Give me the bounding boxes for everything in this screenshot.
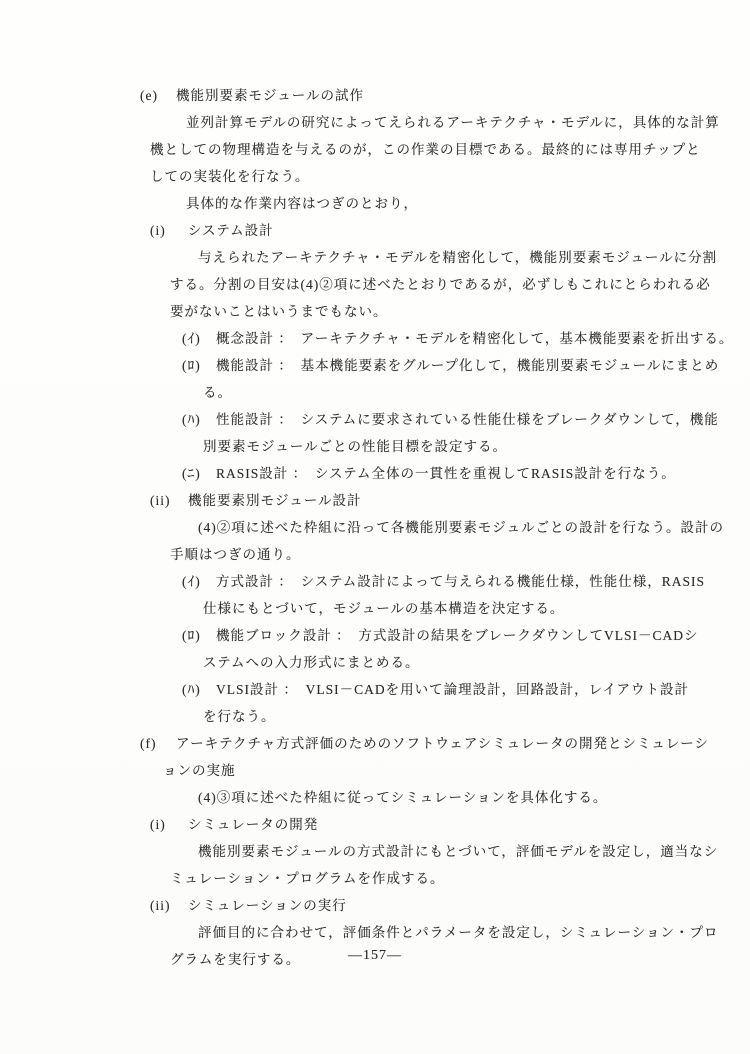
page-content: (e)機能別要素モジュールの試作並列計算モデルの研究によってえられるアーキテクチ… (0, 86, 750, 977)
line-text: 機としての物理構造を与えるのが，この作業の目標である。最終的には専用チップと (150, 142, 701, 157)
line-text: る。 (203, 385, 232, 400)
line-text: 要がないことはいうまでもない。 (170, 304, 388, 319)
text-line: ョンの実施 (0, 761, 750, 781)
line-text: 与えられたアーキテクチャ・モデルを精密化して，機能別要素モジュールに分割 (198, 250, 717, 265)
text-line: 要がないことはいうまでもない。 (0, 302, 750, 322)
line-text: システム設計 (188, 223, 274, 238)
line-text: 機能別要素モジュールの試作 (176, 88, 364, 103)
item-marker: (ii) (150, 896, 188, 916)
item-marker: (f) (140, 734, 176, 754)
list-item-line: (ii)シミュレーションの実行 (0, 896, 750, 916)
text-line: 機としての物理構造を与えるのが，この作業の目標である。最終的には専用チップと (0, 140, 750, 160)
list-item-line: (ﾆ)RASIS設計 ： システム全体の一貫性を重視してRASIS設計を行なう。 (0, 464, 750, 484)
text-line: ステムへの入力形式にまとめる。 (0, 653, 750, 673)
list-item-line: (ｲ)方式設計 ： システム設計によって与えられる機能仕様，性能仕様，RASIS (0, 572, 750, 592)
text-line: する。分割の目安は(4)②項に述べたとおりであるが，必ずしもこれにとらわれる必 (0, 275, 750, 295)
line-text: (4)②項に述べた枠組に沿って各機能別要素モジュルごとの設計を行なう。設計の (198, 520, 724, 535)
text-line: 仕様にもとづいて，モジュールの基本構造を決定する。 (0, 599, 750, 619)
line-text: 具体的な作業内容はつぎのとおり， (186, 196, 418, 211)
list-item-line: (ﾊ)性能設計 ： システムに要求されている性能仕様をブレークダウンして，機能 (0, 410, 750, 430)
line-text: する。分割の目安は(4)②項に述べたとおりであるが，必ずしもこれにとらわれる必 (170, 277, 711, 292)
text-line: 別要素モジュールごとの性能目標を設定する。 (0, 437, 750, 457)
item-marker: (i) (150, 815, 188, 835)
line-text: 並列計算モデルの研究によってえられるアーキテクチャ・モデルに，具体的な計算 (186, 115, 720, 130)
item-marker: (ii) (150, 491, 188, 511)
line-text: 仕様にもとづいて，モジュールの基本構造を決定する。 (203, 601, 564, 616)
text-line: ミュレーション・プログラムを作成する。 (0, 869, 750, 889)
line-text: 機能別要素モジュールの方式設計にもとづいて，評価モデルを設定し，適当なシ (198, 844, 718, 859)
line-text: 機能要素別モジュール設計 (188, 493, 361, 508)
text-line: 与えられたアーキテクチャ・モデルを精密化して，機能別要素モジュールに分割 (0, 248, 750, 268)
item-marker: (e) (140, 86, 176, 106)
line-text: 手順はつぎの通り。 (170, 547, 301, 562)
line-text: 性能設計 ： システムに要求されている性能仕様をブレークダウンして，機能 (216, 412, 719, 427)
item-marker: (ﾛ) (182, 626, 216, 646)
document-page: (e)機能別要素モジュールの試作並列計算モデルの研究によってえられるアーキテクチ… (0, 0, 750, 1054)
text-line: (4)②項に述べた枠組に沿って各機能別要素モジュルごとの設計を行なう。設計の (0, 518, 750, 538)
line-text: しての実装化を行なう。 (150, 169, 310, 184)
line-text: (4)③項に述べた枠組に従ってシミュレーションを具体化する。 (198, 790, 607, 805)
list-item-line: (ﾛ)機能ブロック設計 ： 方式設計の結果をブレークダウンしてVLSI－CADシ (0, 626, 750, 646)
list-item-line: (ｲ)概念設計 ： アーキテクチャ・モデルを精密化して，基本機能要素を折出する。 (0, 329, 750, 349)
text-line: しての実装化を行なう。 (0, 167, 750, 187)
line-text: ステムへの入力形式にまとめる。 (203, 655, 420, 670)
item-marker: (ﾊ) (182, 410, 216, 430)
line-text: シミュレーションの実行 (188, 898, 347, 913)
text-line: を行なう。 (0, 707, 750, 727)
item-marker: (ｲ) (182, 329, 216, 349)
list-item-line: (f)アーキテクチャ方式評価のためのソフトウェアシミュレータの開発とシミュレーシ (0, 734, 750, 754)
text-line: 手順はつぎの通り。 (0, 545, 750, 565)
text-line: 評価目的に合わせて，評価条件とパラメータを設定し，シミュレーション・プロ (0, 923, 750, 943)
item-marker: (ﾊ) (182, 680, 216, 700)
line-text: RASIS設計 ： システム全体の一貫性を重視してRASIS設計を行なう。 (216, 466, 676, 481)
line-text: 方式設計 ： システム設計によって与えられる機能仕様，性能仕様，RASIS (216, 574, 705, 589)
text-line: 具体的な作業内容はつぎのとおり， (0, 194, 750, 214)
line-text: 概念設計 ： アーキテクチャ・モデルを精密化して，基本機能要素を折出する。 (216, 331, 733, 346)
item-marker: (ｲ) (182, 572, 216, 592)
line-text: 機能設計 ： 基本機能要素をグループ化して，機能別要素モジュールにまとめ (216, 358, 719, 373)
line-text: 別要素モジュールごとの性能目標を設定する。 (203, 439, 507, 454)
list-item-line: (ﾊ)VLSI設計 ： VLSI－CADを用いて論理設計，回路設計，レイアウト設… (0, 680, 750, 700)
text-line: (4)③項に述べた枠組に従ってシミュレーションを具体化する。 (0, 788, 750, 808)
list-item-line: (ﾛ)機能設計 ： 基本機能要素をグループ化して，機能別要素モジュールにまとめ (0, 356, 750, 376)
line-text: ミュレーション・プログラムを作成する。 (170, 871, 445, 886)
item-marker: (ﾛ) (182, 356, 216, 376)
line-text: を行なう。 (203, 709, 276, 724)
line-text: 機能ブロック設計 ： 方式設計の結果をブレークダウンしてVLSI－CADシ (216, 628, 699, 643)
line-text: VLSI設計 ： VLSI－CADを用いて論理設計，回路設計，レイアウト設計 (216, 682, 689, 697)
list-item-line: (i)システム設計 (0, 221, 750, 241)
line-text: アーキテクチャ方式評価のためのソフトウェアシミュレータの開発とシミュレーシ (176, 736, 709, 751)
line-text: 評価目的に合わせて，評価条件とパラメータを設定し，シミュレーション・プロ (198, 925, 719, 940)
list-item-line: (ii)機能要素別モジュール設計 (0, 491, 750, 511)
item-marker: (i) (150, 221, 188, 241)
text-line: 並列計算モデルの研究によってえられるアーキテクチャ・モデルに，具体的な計算 (0, 113, 750, 133)
text-line: 機能別要素モジュールの方式設計にもとづいて，評価モデルを設定し，適当なシ (0, 842, 750, 862)
list-item-line: (i)シミュレータの開発 (0, 815, 750, 835)
line-text: シミュレータの開発 (188, 817, 318, 832)
page-number: —157— (0, 948, 750, 964)
list-item-line: (e)機能別要素モジュールの試作 (0, 86, 750, 106)
line-text: ョンの実施 (163, 763, 236, 778)
item-marker: (ﾆ) (182, 464, 216, 484)
text-line: る。 (0, 383, 750, 403)
